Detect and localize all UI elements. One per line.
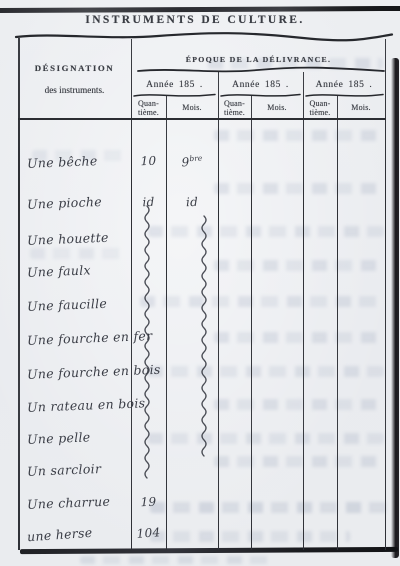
year-group-3-label: Année 185 . [303, 80, 385, 90]
table-row: une herse 104 [18, 518, 385, 548]
quantieme-2-cell [218, 201, 251, 202]
mois-2-cell [251, 237, 303, 239]
quantieme-header-3-l2: tième. [310, 108, 331, 117]
table-row: Une faulx [18, 254, 385, 287]
designation-cell: Une charrue [18, 492, 131, 511]
bleed-through-ghost [80, 556, 270, 564]
quantieme-1-cell [131, 436, 166, 437]
mois-3-cell [337, 337, 385, 339]
mois-3-cell [337, 404, 385, 406]
mois-header-3: Mois. [337, 104, 385, 113]
annee1-wavy-rule [134, 95, 215, 97]
quantieme-2-cell [218, 501, 251, 502]
mois-2-cell [251, 501, 303, 503]
mois-1-cell [166, 303, 218, 305]
quantieme-header-2-l2: tième. [224, 108, 245, 117]
mois-1-cell [166, 337, 218, 339]
mois-2-cell [251, 404, 303, 406]
mois-1-cell [166, 404, 218, 406]
quantieme-2-cell [218, 303, 251, 304]
page-top-edge [0, 6, 400, 13]
quantieme-2-cell [218, 160, 251, 161]
mois-1-cell [166, 436, 218, 438]
quantieme-2-cell [218, 469, 251, 470]
mois-1-cell [166, 270, 218, 272]
designation-cell: Une fourche en bois [18, 362, 131, 381]
designation-cell: Une faucille [18, 294, 131, 313]
quantieme-2-cell [218, 337, 251, 338]
mois-1-cell: 9bre [166, 153, 219, 170]
table-row: Une fourche en bois [18, 355, 385, 389]
mois-1-cell [166, 237, 218, 239]
designation-cell: Une bêche [18, 151, 131, 170]
quantieme-3-cell [303, 201, 337, 202]
mois-3-cell [337, 501, 385, 503]
mois-3-cell [337, 371, 385, 373]
designation-cell: Une houette [18, 228, 131, 247]
epoque-header: ÉPOQUE DE LA DÉLIVRANCE. [131, 55, 386, 64]
page-title: INSTRUMENTS DE CULTURE. [0, 14, 390, 26]
quantieme-2-cell [218, 237, 251, 238]
mois-1-cell [166, 501, 218, 503]
title-wavy-rule [16, 33, 392, 40]
annee2-wavy-rule [221, 95, 300, 97]
quantieme-3-cell [303, 303, 337, 304]
mois-2-cell [251, 160, 303, 162]
mois-3-cell [337, 237, 385, 239]
quantieme-1-cell: 104 [131, 525, 167, 541]
designation-cell: Une pelle [18, 427, 131, 446]
table-row: Une faucille [18, 287, 385, 321]
mois-3-cell [337, 436, 385, 438]
quantieme-1-cell [131, 237, 166, 238]
quantieme-2-cell [218, 404, 251, 405]
year-group-2-label: Année 185 . [218, 80, 303, 90]
mois-3-cell [337, 160, 385, 162]
year-group-1-label: Année 185 . [131, 80, 218, 90]
table-row: Un sarcloir [18, 453, 385, 486]
mois-3-cell [337, 303, 385, 305]
quantieme-header-1-l2: tième. [138, 108, 159, 117]
mois-header-1: Mois. [166, 104, 218, 113]
header-bottom-rule [18, 118, 386, 120]
mois-header-2: Mois. [251, 104, 303, 113]
mois-3-cell [337, 531, 385, 534]
quantieme-1-cell [131, 469, 166, 470]
mois-1-cell [166, 371, 218, 373]
mois-1-cell [166, 469, 218, 471]
mois-3-cell [337, 201, 385, 203]
mois-2-cell [251, 303, 303, 305]
quantieme-3-cell [303, 237, 337, 238]
mois-2-cell [251, 436, 303, 438]
table-row: Une fourche en fer [18, 321, 385, 355]
designation-subheader: des instruments. [18, 85, 131, 95]
page-right-edge [391, 58, 399, 558]
quantieme-2-cell [218, 532, 251, 534]
designation-cell: Une fourche en fer [18, 328, 131, 347]
quantieme-3-cell [303, 371, 337, 372]
designation-cell: une herse [18, 522, 132, 545]
mois-2-cell [251, 371, 303, 373]
epoque-wavy-rule [138, 68, 384, 72]
designation-cell: Une faulx [18, 261, 131, 280]
mois-2-cell [251, 337, 303, 339]
designation-cell: Une pioche [18, 192, 131, 211]
table-row: Un rateau en bois [18, 389, 385, 421]
mois-3-cell [337, 270, 385, 272]
quantieme-3-cell [303, 404, 337, 405]
table-row: Une pioche id id [18, 182, 385, 222]
quantieme-header-3: Quan- tième. [303, 100, 337, 117]
quantieme-1-cell: 10 [131, 153, 167, 168]
quantieme-1-cell [131, 270, 166, 271]
designation-cell: Un sarcloir [18, 460, 131, 479]
designation-cell: Un rateau en bois [18, 395, 131, 414]
quantieme-2-cell [218, 270, 251, 271]
quantieme-2-cell [218, 436, 251, 437]
quantieme-3-cell [303, 532, 337, 534]
quantieme-3-cell [303, 469, 337, 470]
mois-1-cell [166, 531, 218, 535]
quantieme-3-cell [303, 270, 337, 271]
quantieme-3-cell [303, 436, 337, 437]
quantieme-3-cell [303, 501, 337, 502]
quantieme-3-cell [303, 160, 337, 161]
table-rows: Une bêche 10 9bre Une pioche id id Une h… [18, 140, 385, 548]
mois-2-cell [251, 270, 303, 272]
quantieme-1-cell: 19 [131, 494, 167, 509]
quantieme-header-2: Quan- tième. [218, 100, 251, 117]
quantieme-1-cell: id [131, 194, 167, 209]
designation-header: DÉSIGNATION [18, 63, 131, 73]
table-row: Une pelle [18, 421, 385, 453]
table-row: Une houette [18, 222, 385, 254]
scanned-document-page: INSTRUMENTS DE CULTURE. ÉPOQUE DE LA DÉL… [0, 0, 400, 566]
table-row: Une charrue 19 [18, 486, 385, 518]
mois-2-cell [251, 469, 303, 471]
quantieme-2-cell [218, 371, 251, 372]
mois-2-cell [251, 531, 303, 535]
table-row: Une bêche 10 9bre [18, 140, 385, 182]
mois-1-cell: id [166, 194, 218, 210]
quantieme-3-cell [303, 337, 337, 338]
table-right-border [385, 39, 386, 550]
quantieme-header-1: Quan- tième. [131, 100, 166, 117]
mois-3-cell [337, 469, 385, 471]
annee3-wavy-rule [306, 95, 383, 97]
mois-2-cell [251, 201, 303, 203]
quantieme-1-cell [131, 303, 166, 304]
